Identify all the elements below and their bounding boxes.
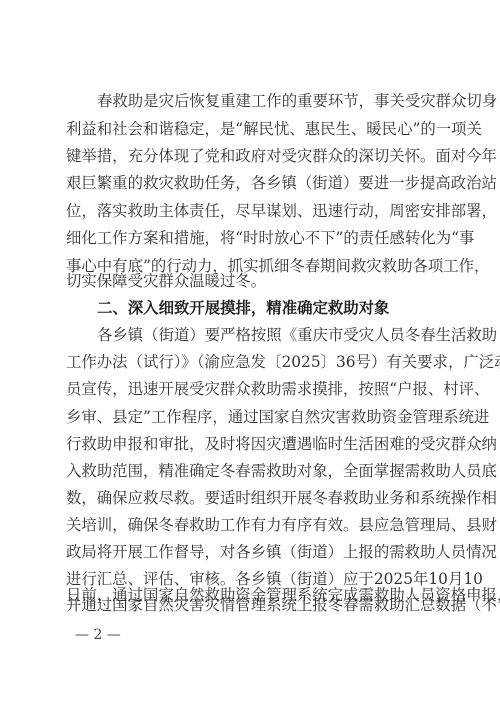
section-2-line-5: 行救助申报和审批，及时将因灾遭遇临时生活困难的受灾群众纳 <box>66 433 438 455</box>
page-number: — 2 — <box>75 626 121 644</box>
section-2-line-6: 入救助范围，精准确定冬春需救助对象，全面掌握需救助人员底 <box>66 460 438 482</box>
paragraph-1-line-5: 位，落实救助主体责任，尽早谋划、迅速行动，周密安排部署， <box>66 200 438 222</box>
section-2-line-4: 乡审、县定”工作程序，通过国家自然灾害救助资金管理系统进 <box>66 406 438 428</box>
section-2-heading: 二、深入细致开展摸排，精准确定救助对象 <box>97 297 389 319</box>
paragraph-1-line-8: 切实保障受灾群众温暖过冬。 <box>66 270 438 292</box>
document-page: 春救助是灾后恢复重建工作的重要环节，事关受灾群众切身 利益和社会和谐稳定，是“解… <box>0 0 500 708</box>
section-2-line-1: 各乡镇（街道）要严格按照《重庆市受灾人员冬春生活救助 <box>97 324 438 346</box>
paragraph-1-line-6: 细化工作方案和措施，将“时时放心不下”的责任感转化为“事 <box>66 227 438 249</box>
section-2-line-12: 并通过国家自然灾害灾情管理系统上报冬春需救助汇总数据（不 <box>66 594 438 616</box>
section-2-line-9: 政局将开展工作督导，对各乡镇（街道）上报的需救助人员情况 <box>66 541 438 563</box>
paragraph-1-line-2: 利益和社会和谐稳定，是“解民忧、惠民生、暖民心”的一项关 <box>66 118 438 140</box>
section-2-line-7: 数，确保应救尽救。要适时组织开展冬春救助业务和系统操作相 <box>66 487 438 509</box>
section-2-line-2: 工作办法（试行）》（渝应急发〔2025〕36号）有关要求，广泛动 <box>66 351 438 373</box>
paragraph-1-line-4: 艰巨繁重的救灾救助任务，各乡镇（街道）要进一步提高政治站 <box>66 172 438 194</box>
section-2-line-8: 关培训，确保冬春救助工作有力有序有效。县应急管理局、县财 <box>66 514 438 536</box>
section-2-line-3: 员宣传，迅速开展受灾群众救助需求摸排，按照“户报、村评、 <box>66 378 438 400</box>
paragraph-1-line-1: 春救助是灾后恢复重建工作的重要环节，事关受灾群众切身 <box>97 90 438 112</box>
paragraph-1-line-3: 键举措，充分体现了党和政府对受灾群众的深切关怀。面对今年 <box>66 145 438 167</box>
